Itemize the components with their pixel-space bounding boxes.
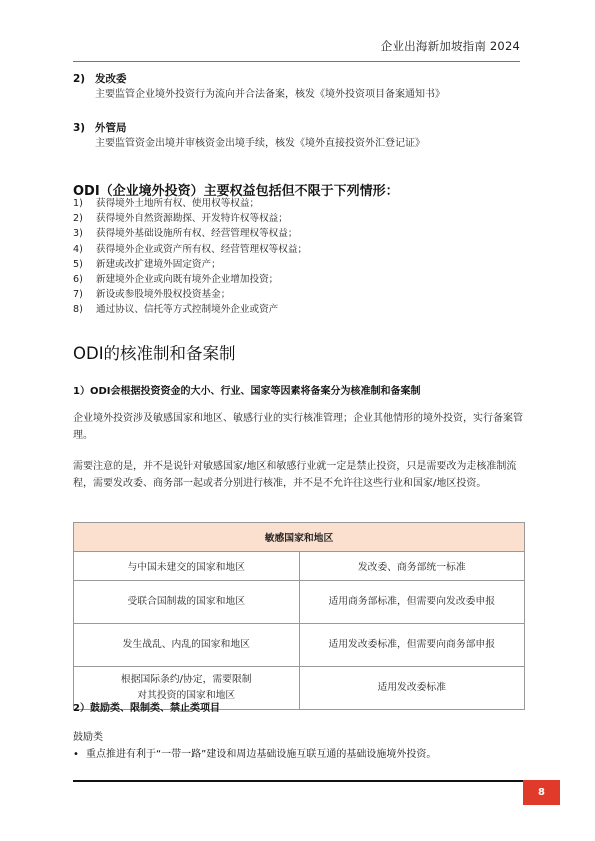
bullet-icon: • (73, 749, 86, 760)
odi-rights-list: 1)获得境外土地所有权、使用权等权益； 2)获得境外自然资源勘探、开发特许权等权… (73, 196, 307, 318)
agency-number: 2) (73, 71, 95, 87)
section-title: ODI的核准制和备案制 (73, 340, 236, 364)
list-text: 获得境外土地所有权、使用权等权益； (96, 198, 259, 209)
agency-description: 主要监管企业境外投资行为流向并合法备案，核发《境外投资项目备案通知书》 (73, 87, 445, 103)
list-text: 获得境外企业或资产所有权、经营管理权等权益； (96, 244, 307, 255)
list-item: 6)新建境外企业或向既有境外企业增加投资； (73, 272, 307, 287)
cell-line: 根据国际条约/协定，需要限制 (78, 672, 295, 688)
agency-item-ndrc: 2)发改委 主要监管企业境外投资行为流向并合法备案，核发《境外投资项目备案通知书… (73, 71, 445, 103)
agency-item-safe: 3)外管局 主要监管资金出境并审核资金出境手续，核发《境外直接投资外汇登记证》 (73, 120, 425, 152)
list-item: 8)通过协议、信托等方式控制境外企业或资产 (73, 302, 307, 317)
list-number: 2) (73, 211, 96, 226)
sensitive-regions-table: 敏感国家和地区 与中国未建交的国家和地区 发改委、商务部统一标准 受联合国制裁的… (73, 522, 525, 710)
list-text: 通过协议、信托等方式控制境外企业或资产 (96, 304, 278, 315)
subsection-heading-1: 1）ODI会根据投资资金的大小、行业、国家等因素将备案分为核准制和备案制 (73, 382, 420, 397)
paragraph-note: 需要注意的是，并不是说针对敏感国家/地区和敏感行业就一定是禁止投资，只是需要改为… (73, 459, 528, 492)
list-number: 4) (73, 242, 96, 257)
table-cell-standard: 适用发改委标准 (299, 667, 525, 710)
table-cell-region: 受联合国制裁的国家和地区 (74, 581, 300, 624)
bullet-text: 重点推进有利于“一带一路”建设和周边基础设施互联互通的基础设施境外投资。 (86, 749, 436, 760)
agency-title: 发改委 (95, 73, 127, 85)
table-cell-standard: 适用发改委标准，但需要向商务部申报 (299, 624, 525, 667)
list-number: 6) (73, 272, 96, 287)
document-header-title: 企业出海新加坡指南 2024 (381, 38, 520, 54)
table-cell-region: 发生战乱、内乱的国家和地区 (74, 624, 300, 667)
list-item: 1)获得境外土地所有权、使用权等权益； (73, 196, 307, 211)
subsection-heading-2: 2）鼓励类、限制类、禁止类项目 (73, 699, 220, 714)
list-number: 7) (73, 287, 96, 302)
list-text: 新建或改扩建境外固定资产； (96, 259, 221, 270)
table-cell-standard: 适用商务部标准，但需要向发改委申报 (299, 581, 525, 624)
list-item: 2)获得境外自然资源勘探、开发特许权等权益； (73, 211, 307, 226)
list-number: 3) (73, 226, 96, 241)
list-item: 4)获得境外企业或资产所有权、经营管理权等权益； (73, 242, 307, 257)
table-row: 受联合国制裁的国家和地区 适用商务部标准，但需要向发改委申报 (74, 581, 525, 624)
list-number: 1) (73, 196, 96, 211)
agency-description: 主要监管资金出境并审核资金出境手续，核发《境外直接投资外汇登记证》 (73, 136, 425, 152)
table-row: 与中国未建交的国家和地区 发改委、商务部统一标准 (74, 552, 525, 581)
list-text: 获得境外自然资源勘探、开发特许权等权益； (96, 213, 288, 224)
table-cell-region: 与中国未建交的国家和地区 (74, 552, 300, 581)
agency-number: 3) (73, 120, 95, 136)
category-label: 鼓励类 (73, 728, 103, 743)
list-text: 新设或参股境外股权投资基金； (96, 289, 230, 300)
footer-divider (73, 780, 523, 782)
table-cell-standard: 发改委、商务部统一标准 (299, 552, 525, 581)
header-divider (73, 61, 520, 62)
list-item: 7)新设或参股境外股权投资基金； (73, 287, 307, 302)
table-header: 敏感国家和地区 (74, 523, 525, 552)
list-text: 新建境外企业或向既有境外企业增加投资； (96, 274, 278, 285)
bullet-item: •重点推进有利于“一带一路”建设和周边基础设施互联互通的基础设施境外投资。 (73, 745, 436, 760)
table-row: 发生战乱、内乱的国家和地区 适用发改委标准，但需要向商务部申报 (74, 624, 525, 667)
list-text: 获得境外基础设施所有权、经营管理权等权益； (96, 228, 297, 239)
agency-title: 外管局 (95, 122, 127, 134)
page-number-badge: 8 (523, 780, 560, 805)
paragraph-approval-filing: 企业境外投资涉及敏感国家和地区、敏感行业的实行核准管理；企业其他情形的境外投资，… (73, 411, 528, 444)
list-number: 5) (73, 257, 96, 272)
list-item: 3)获得境外基础设施所有权、经营管理权等权益； (73, 226, 307, 241)
list-number: 8) (73, 302, 96, 317)
list-item: 5)新建或改扩建境外固定资产； (73, 257, 307, 272)
